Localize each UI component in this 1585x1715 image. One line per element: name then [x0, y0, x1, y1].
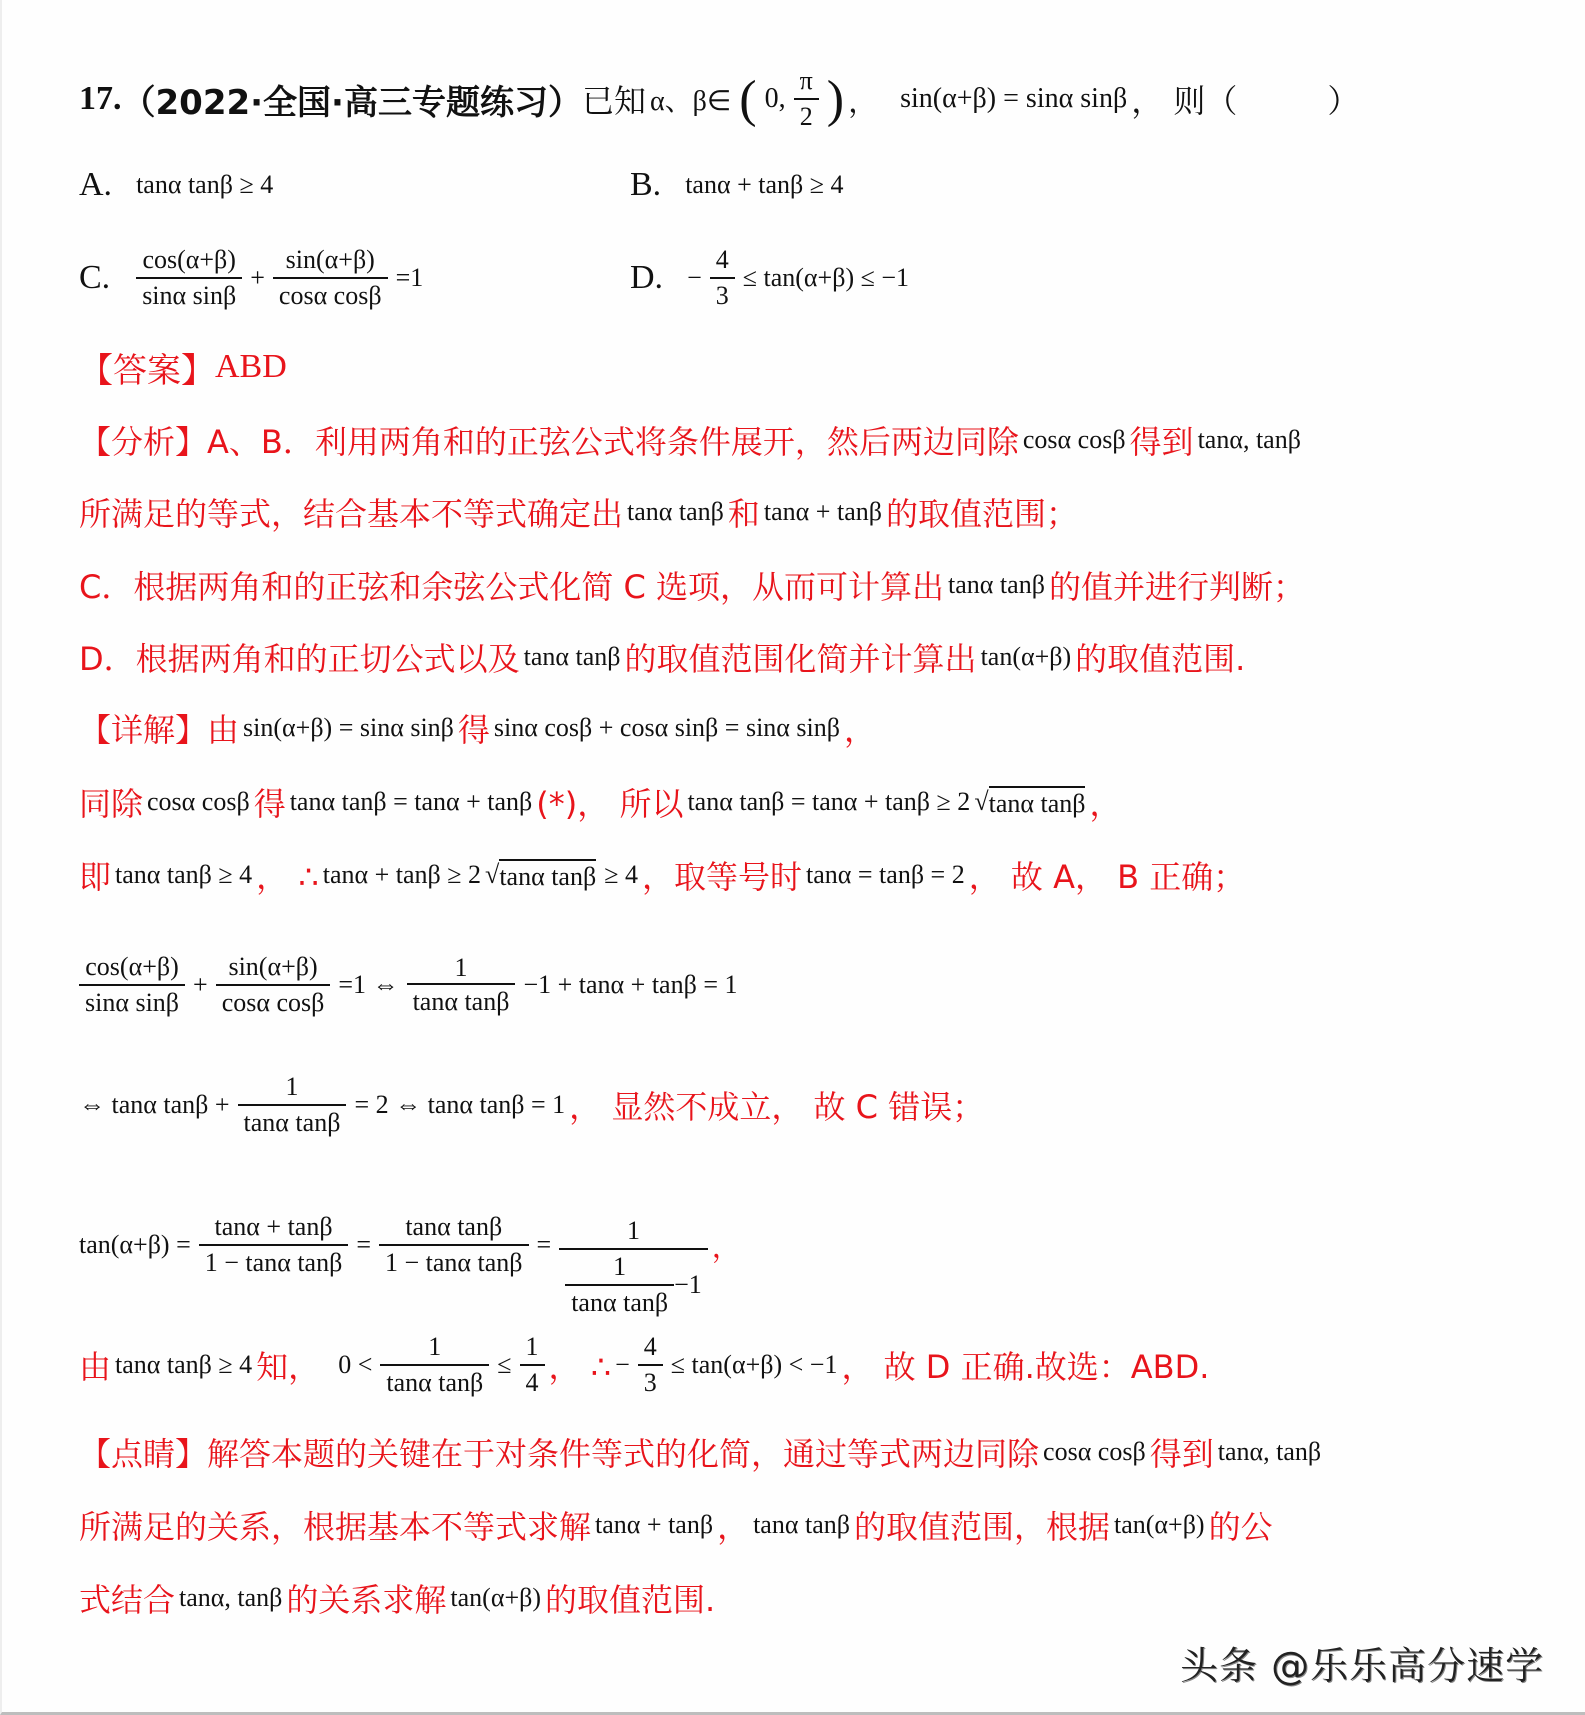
frac-den: 1tanα tanβ −1 — [559, 1248, 708, 1318]
math: tanα + tanβ ≥ 2 — [323, 860, 481, 890]
stem-prefix: 已知 — [582, 76, 646, 122]
frac-num: cos(α+β) — [79, 952, 185, 984]
text: 式结合 — [79, 1575, 175, 1621]
frac-num: sin(α+β) — [222, 952, 323, 984]
paren-close: ) — [827, 70, 844, 129]
math: tanα + tanβ — [764, 497, 882, 527]
frac-num: 1 — [415, 953, 508, 983]
text: 解答本题的关键在于对条件等式的化简，通过等式两边同除 — [207, 1429, 1039, 1475]
comment-tag: 【点睛】 — [79, 1429, 207, 1475]
answer-tag: 【答案】 — [79, 343, 215, 392]
analysis-tag: 【分析】 — [79, 417, 207, 463]
detail-line-2: 同除 cosα cosβ 得 tanα tanβ = tanα + tanβ (… — [79, 778, 1122, 826]
text: 得到 — [1150, 1429, 1214, 1475]
compound-fraction: 1 1tanα tanβ −1 — [559, 1216, 708, 1318]
text: ， ∴ — [549, 1342, 612, 1388]
math: ≤ tan(α+β) < −1 — [671, 1350, 838, 1380]
frac-den: 1 − tanα tanβ — [379, 1244, 529, 1278]
text: ，取等号时 — [642, 852, 802, 898]
fraction: 43 — [638, 1332, 663, 1398]
fraction: sin(α+β)cosα cosβ — [273, 245, 388, 311]
question-stem: 17. （2022·全国·高三专题练习） 已知 α、β∈ ( 0, π2 ) ，… — [79, 70, 1359, 128]
text: ， — [1089, 779, 1121, 825]
text: 所满足的关系，根据基本不等式求解 — [79, 1502, 591, 1548]
fraction: 1tanα tanβ — [407, 953, 516, 1017]
text: 的取值范围化简并计算出 — [625, 634, 977, 680]
math: =1 ⇔ — [338, 970, 398, 1000]
fraction: sin(α+β)cosα cosβ — [216, 952, 331, 1018]
text: 由 — [79, 1342, 111, 1388]
equals: = — [537, 1230, 552, 1260]
math: −1 + tanα + tanβ = 1 — [523, 970, 737, 1000]
text: ， 显然不成立， 故 C 错误； — [569, 1082, 984, 1128]
analysis-line-3: C．根据两角和的正弦和余弦公式化简 C 选项，从而可计算出 tanα tanβ … — [79, 563, 1305, 607]
text: 知， — [256, 1342, 320, 1388]
frac-num: 1 — [621, 1216, 646, 1248]
frac-num: 4 — [638, 1332, 663, 1364]
math: tanα tanβ — [627, 497, 724, 527]
equation-3: tan(α+β) = tanα + tanβ1 − tanα tanβ = ta… — [79, 1185, 741, 1305]
math: sinα cosβ + cosα sinβ = sinα sinβ — [494, 713, 840, 743]
detail-tag: 【详解】 — [79, 705, 207, 751]
fraction: 14 — [520, 1332, 545, 1398]
math: tan(α+β) = — [79, 1230, 191, 1260]
frac-den: 3 — [638, 1364, 663, 1398]
text: 的取值范围. — [545, 1575, 715, 1621]
math: ≥ 4 — [604, 860, 638, 890]
math: tan(α+β) — [450, 1583, 541, 1613]
text: D．根据两角和的正切公式以及 — [79, 634, 520, 680]
blank-close: ） — [1327, 76, 1359, 122]
analysis-line-2: 所满足的等式，结合基本不等式确定出 tanα tanβ 和 tanα + tan… — [79, 490, 1078, 534]
math: tanα, tanβ — [1218, 1437, 1321, 1467]
math: 0 < — [338, 1350, 372, 1380]
text: 的取值范围. — [1075, 634, 1245, 680]
answer-value: ABD — [215, 348, 287, 386]
text: C．根据两角和的正弦和余弦公式化简 C 选项，从而可计算出 — [79, 562, 944, 608]
text: 和 — [728, 489, 760, 535]
sqrt-content: tanα tanβ — [499, 859, 596, 892]
stem-vars: α、β∈ — [650, 79, 731, 119]
frac-den: cosα cosβ — [273, 277, 388, 311]
equals: = — [356, 1230, 371, 1260]
frac-num: 1 — [422, 1332, 447, 1364]
fraction: 1tanα tanβ — [238, 1072, 347, 1138]
math: tanα, tanβ — [179, 1583, 282, 1613]
fraction: tanα + tanβ1 − tanα tanβ — [199, 1212, 349, 1278]
text: 的取值范围，根据 — [854, 1502, 1110, 1548]
frac-num: 4 — [710, 245, 735, 277]
plus: + — [193, 970, 208, 1000]
option-expr: ≤ tan(α+β) ≤ −1 — [743, 263, 909, 293]
math: tanα tanβ ≥ 4 — [115, 1350, 252, 1380]
frac-den: 3 — [710, 277, 735, 311]
option-c: C. cos(α+β)sinα sinβ + sin(α+β)cosα cosβ… — [79, 240, 427, 316]
math: sin(α+β) = sinα sinβ — [243, 713, 454, 743]
text: (*)， 所以 — [536, 779, 683, 825]
math: −1 — [674, 1270, 702, 1300]
option-label: C. — [79, 259, 110, 297]
comment-line-2: 所满足的关系，根据基本不等式求解 tanα + tanβ ， tanα tanβ… — [79, 1503, 1273, 1547]
text: 的公 — [1209, 1502, 1273, 1548]
option-a: A. tanα tanβ ≥ 4 — [79, 162, 277, 208]
option-b: B. tanα + tanβ ≥ 4 — [630, 162, 848, 208]
equation-2: ⇔ tanα tanβ + 1tanα tanβ = 2 ⇔ tanα tanβ… — [79, 1065, 984, 1145]
frac-num: 1 — [279, 1072, 304, 1104]
condition: sin(α+β) = sinα sinβ — [900, 83, 1127, 115]
sqrt-icon: √ — [974, 787, 988, 817]
detail-line-4: 由 tanα tanβ ≥ 4 知， 0 < 1tanα tanβ ≤ 14 ，… — [79, 1325, 1209, 1405]
minus: − — [687, 263, 702, 293]
frac-num: 1 — [520, 1332, 545, 1364]
option-expr: tanα + tanβ ≥ 4 — [685, 170, 843, 200]
text: 得 — [458, 705, 490, 751]
fraction: cos(α+β)sinα sinβ — [136, 245, 242, 311]
text: 的取值范围； — [886, 489, 1078, 535]
frac-num: 1 — [607, 1252, 632, 1284]
text: ， 故 D 正确.故选：ABD. — [841, 1342, 1209, 1388]
sqrt-content: tanα tanβ — [989, 786, 1086, 819]
frac-den: tanα tanβ — [238, 1104, 347, 1138]
fraction: 1tanα tanβ — [380, 1332, 489, 1398]
frac-num: tanα + tanβ — [209, 1212, 339, 1244]
math: cosα cosβ — [147, 787, 250, 817]
interval-left: 0, — [765, 83, 786, 115]
math: cosα cosβ — [1023, 425, 1126, 455]
math: tan(α+β) — [981, 642, 1072, 672]
math: tanα tanβ = tanα + tanβ — [290, 787, 533, 817]
text: 的值并进行判断； — [1049, 562, 1305, 608]
comment-line-1: 【点睛】 解答本题的关键在于对条件等式的化简，通过等式两边同除 cosα cos… — [79, 1430, 1325, 1474]
frac-den: 4 — [520, 1364, 545, 1398]
frac-den: cosα cosβ — [216, 984, 331, 1018]
math: cosα cosβ — [1043, 1437, 1146, 1467]
comma: ， — [848, 77, 878, 121]
math: ≤ — [497, 1350, 511, 1380]
option-expr: tanα tanβ ≥ 4 — [136, 170, 273, 200]
frac-den: tanα tanβ — [380, 1364, 489, 1398]
option-d: D. − 43 ≤ tan(α+β) ≤ −1 — [630, 240, 913, 316]
question-number: 17. — [79, 80, 122, 118]
frac-num: π — [794, 66, 819, 98]
text: 的关系求解 — [286, 1575, 446, 1621]
comment-line-3: 式结合 tanα, tanβ 的关系求解 tan(α+β) 的取值范围. — [79, 1576, 715, 1620]
pi-over-2: π2 — [794, 66, 819, 132]
plus: + — [250, 263, 265, 293]
detail-line-1: 【详解】 由 sin(α+β) = sinα sinβ 得 sinα cosβ … — [79, 706, 876, 750]
option-label: A. — [79, 166, 112, 204]
sqrt-icon: √ — [485, 860, 499, 890]
equals-one: =1 — [396, 263, 424, 293]
fraction: 1tanα tanβ — [565, 1252, 674, 1318]
frac-den: tanα tanβ — [565, 1284, 674, 1318]
math: ⇔ tanα tanβ + — [79, 1090, 230, 1120]
frac-num: sin(α+β) — [280, 245, 381, 277]
frac-den: 1 − tanα tanβ — [199, 1244, 349, 1278]
fraction: tanα tanβ1 − tanα tanβ — [379, 1212, 529, 1278]
paren-open: ( — [739, 70, 756, 129]
frac-num: tanα tanβ — [399, 1212, 508, 1244]
document-page: 17. （2022·全国·高三专题练习） 已知 α、β∈ ( 0, π2 ) ，… — [0, 0, 1585, 1715]
text: 即 — [79, 852, 111, 898]
math: = 2 ⇔ tanα tanβ = 1 — [354, 1090, 565, 1120]
question-source: （2022·全国·高三专题练习） — [122, 75, 582, 124]
text: A、B．利用两角和的正弦公式将条件展开，然后两边同除 — [207, 417, 1019, 463]
math: tanα, tanβ — [1198, 425, 1301, 455]
analysis-line-1: 【分析】 A、B．利用两角和的正弦公式将条件展开，然后两边同除 cosα cos… — [79, 418, 1305, 462]
math: tanα tanβ = tanα + tanβ ≥ 2 — [687, 787, 970, 817]
text: 得到 — [1130, 417, 1194, 463]
text: 所满足的等式，结合基本不等式确定出 — [79, 489, 623, 535]
math: tanα = tanβ = 2 — [806, 860, 965, 890]
option-label: D. — [630, 259, 663, 297]
text: 由 — [207, 705, 239, 751]
math: tan(α+β) — [1114, 1510, 1205, 1540]
answer-line: 【答案】 ABD — [79, 345, 287, 389]
text: 得 — [254, 779, 286, 825]
text: ， — [712, 1225, 741, 1266]
text: ， 故 A， B 正确； — [969, 852, 1246, 898]
math: tanα tanβ — [948, 570, 1045, 600]
fraction: cos(α+β)sinα sinβ — [79, 952, 185, 1018]
math: tanα tanβ ≥ 4 — [115, 860, 252, 890]
math: − — [615, 1350, 630, 1380]
then-text: ， 则（ — [1131, 76, 1237, 122]
frac-den: tanα tanβ — [407, 983, 516, 1017]
frac-den: sinα sinβ — [79, 984, 185, 1018]
text: ， — [844, 705, 876, 751]
frac-den: 2 — [794, 98, 819, 132]
fraction: 43 — [710, 245, 735, 311]
equation-1: cos(α+β)sinα sinβ + sin(α+β)cosα cosβ =1… — [79, 945, 741, 1025]
option-label: B. — [630, 166, 661, 204]
analysis-line-4: D．根据两角和的正切公式以及 tanα tanβ 的取值范围化简并计算出 tan… — [79, 635, 1245, 679]
math: tanα tanβ — [753, 1510, 850, 1540]
text: ， ∴ — [256, 852, 319, 898]
math: tanα tanβ — [524, 642, 621, 672]
watermark: 头条 @乐乐高分速学 — [1180, 1635, 1544, 1690]
math: tanα + tanβ — [595, 1510, 713, 1540]
frac-num: cos(α+β) — [136, 245, 242, 277]
text: ， — [717, 1502, 749, 1548]
text: 同除 — [79, 779, 143, 825]
detail-line-3: 即 tanα tanβ ≥ 4 ， ∴ tanα + tanβ ≥ 2 √ ta… — [79, 851, 1245, 899]
frac-den: sinα sinβ — [136, 277, 242, 311]
